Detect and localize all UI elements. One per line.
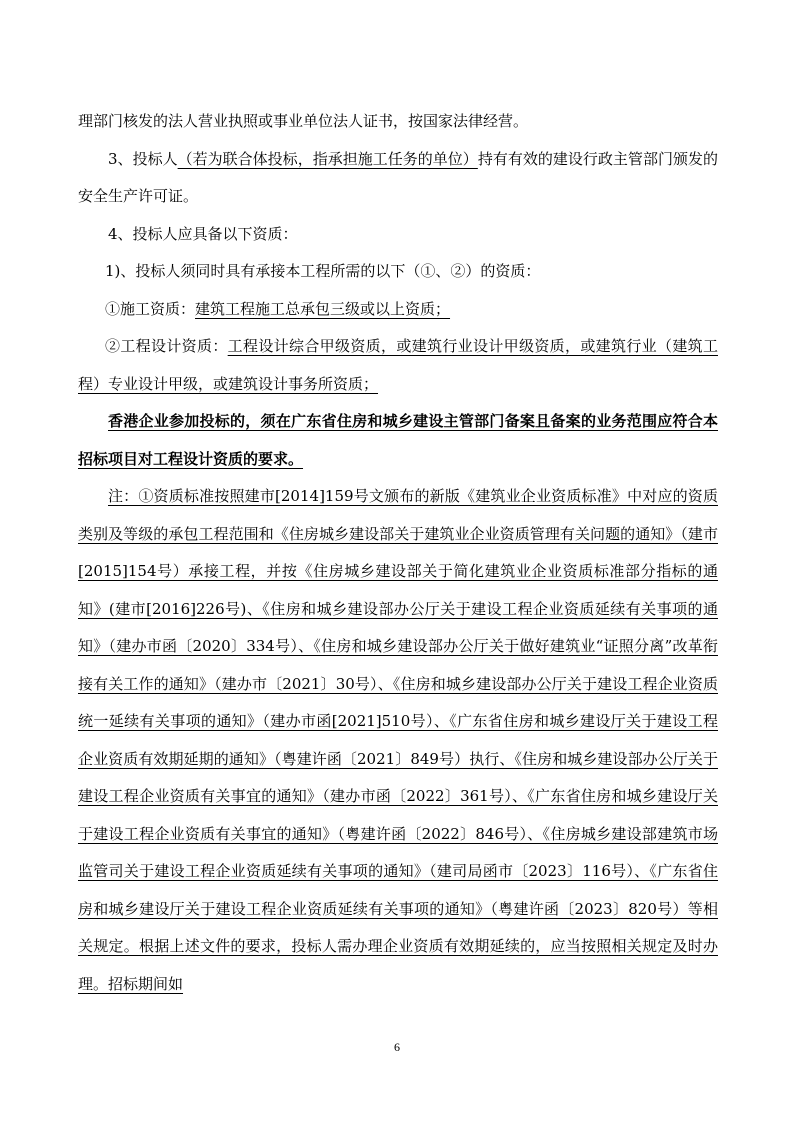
construction-qualification-value: 建筑工程施工总承包三级或以上资质； — [195, 300, 450, 318]
paragraph-note: 注：①资质标准按照建市[2014]159号文颁布的新版《建筑业企业资质标准》中对… — [78, 478, 718, 1003]
paragraph-qualification-heading: 4、投标人应具备以下资质： — [78, 216, 718, 254]
paragraph-safety-permit: 3、投标人（若为联合体投标，指承担施工任务的单位）持有有效的建设行政主管部门颁发… — [78, 141, 718, 216]
paragraph-hong-kong-enterprise: 香港企业参加投标的，须在广东省住房和城乡建设主管部门备案且备案的业务范围应符合本… — [78, 403, 718, 478]
design-qualification-label: ②工程设计资质： — [105, 337, 228, 355]
safety-permit-underlined: （若为联合体投标，指承担施工任务的单位） — [178, 150, 478, 168]
paragraph-qualification-requirement: 1)、投标人须同时具有承接本工程所需的以下（①、②）的资质： — [78, 253, 718, 291]
paragraph-design-qualification: ②工程设计资质：工程设计综合甲级资质，或建筑行业设计甲级资质，或建筑行业（建筑工… — [78, 328, 718, 403]
construction-qualification-label: ①施工资质： — [105, 300, 195, 318]
page-number: 6 — [0, 1040, 794, 1054]
safety-permit-prefix: 3、投标人 — [108, 150, 178, 168]
paragraph-business-license: 理部门核发的法人营业执照或事业单位法人证书，按国家法律经营。 — [78, 103, 718, 141]
paragraph-construction-qualification: ①施工资质：建筑工程施工总承包三级或以上资质； — [78, 291, 718, 329]
document-body: 理部门核发的法人营业执照或事业单位法人证书，按国家法律经营。 3、投标人（若为联… — [78, 103, 718, 1003]
document-page: 理部门核发的法人营业执照或事业单位法人证书，按国家法律经营。 3、投标人（若为联… — [0, 0, 794, 1123]
